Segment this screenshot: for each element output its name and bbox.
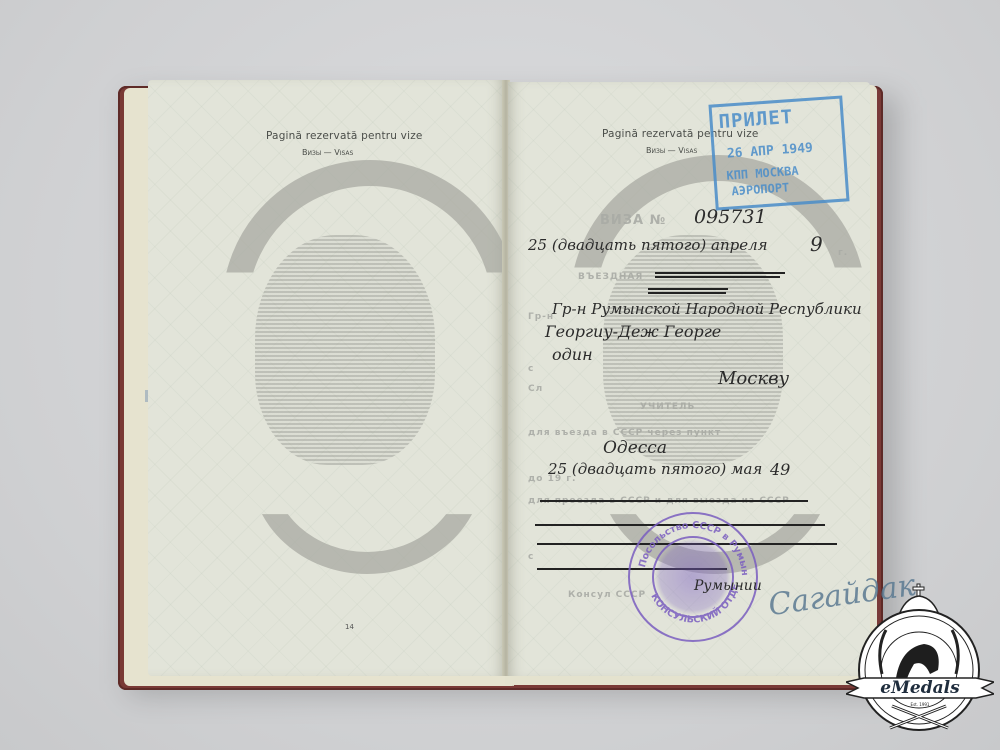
form-year-suffix: г. xyxy=(838,248,848,258)
svg-text:Посольство СССР в Румынии: Посольство СССР в Румынии xyxy=(630,514,750,576)
left-page-subheading: Визы — Visas xyxy=(302,148,353,157)
consular-stamp-outer-text: Посольство СССР в Румынии xyxy=(630,514,750,576)
handwritten-destination: Москву xyxy=(718,368,789,389)
handwritten-citizenship: Гр-н Румынской Народной Республики xyxy=(552,300,862,318)
form-citizen-label: Гр-н xyxy=(528,312,554,322)
form-visa-number-label: ВИЗА № xyxy=(600,213,666,228)
form-with-label: с xyxy=(528,364,534,374)
page-number: 14 xyxy=(345,623,354,631)
emedals-watermark: eMedals Est. 1991 xyxy=(846,578,994,742)
entry-stamp-location: АЭРОПОРТ xyxy=(731,180,790,198)
watermark-brand: eMedals xyxy=(880,678,960,698)
form-purpose: УЧИТЕЛЬ xyxy=(640,402,695,412)
handwritten-valid-until: 25 (двадцать пятого) мая xyxy=(548,460,762,478)
strike-line xyxy=(540,500,808,502)
form-entry-point-label: для въезда в СССР через пункт xyxy=(528,428,721,438)
consular-stamp: Посольство СССР в Румынии КОНСУЛЬСКИЙ ОТ… xyxy=(628,512,758,642)
ink-mark xyxy=(145,390,148,402)
form-sl-label: Сл xyxy=(528,384,543,394)
entry-stamp-date: 26 АПР 1949 xyxy=(726,141,813,162)
strike-line xyxy=(655,272,785,274)
handwritten-country: Румынии xyxy=(694,578,762,594)
handwritten-valid-year: 49 xyxy=(770,460,790,479)
strike-line xyxy=(655,276,780,278)
right-page-subheading: Визы — Visas xyxy=(646,146,697,155)
entry-stamp-title: ПРИЛЕТ xyxy=(718,106,794,133)
handwritten-year-digit: 9 xyxy=(810,232,823,256)
strike-line xyxy=(648,292,726,294)
strike-line xyxy=(648,288,728,290)
form-with-label-2: с xyxy=(528,552,534,562)
entry-stamp: ПРИЛЕТ 26 АПР 1949 КПП МОСКВА АЭРОПОРТ xyxy=(708,95,849,210)
handwritten-entry-point: Одесса xyxy=(603,438,667,458)
watermark-est: Est. 1991 xyxy=(911,702,930,707)
coat-of-arms-emblem xyxy=(255,235,435,465)
handwritten-issue-date: 25 (двадцать пятого) апреля xyxy=(528,236,768,254)
handwritten-name: Георгиу-Деж Георге xyxy=(545,322,721,341)
form-entry-type: ВЪЕЗДНАЯ xyxy=(578,272,643,282)
handwritten-count: один xyxy=(552,345,593,364)
left-page-heading: Pagină rezervată pentru vize xyxy=(266,130,423,142)
